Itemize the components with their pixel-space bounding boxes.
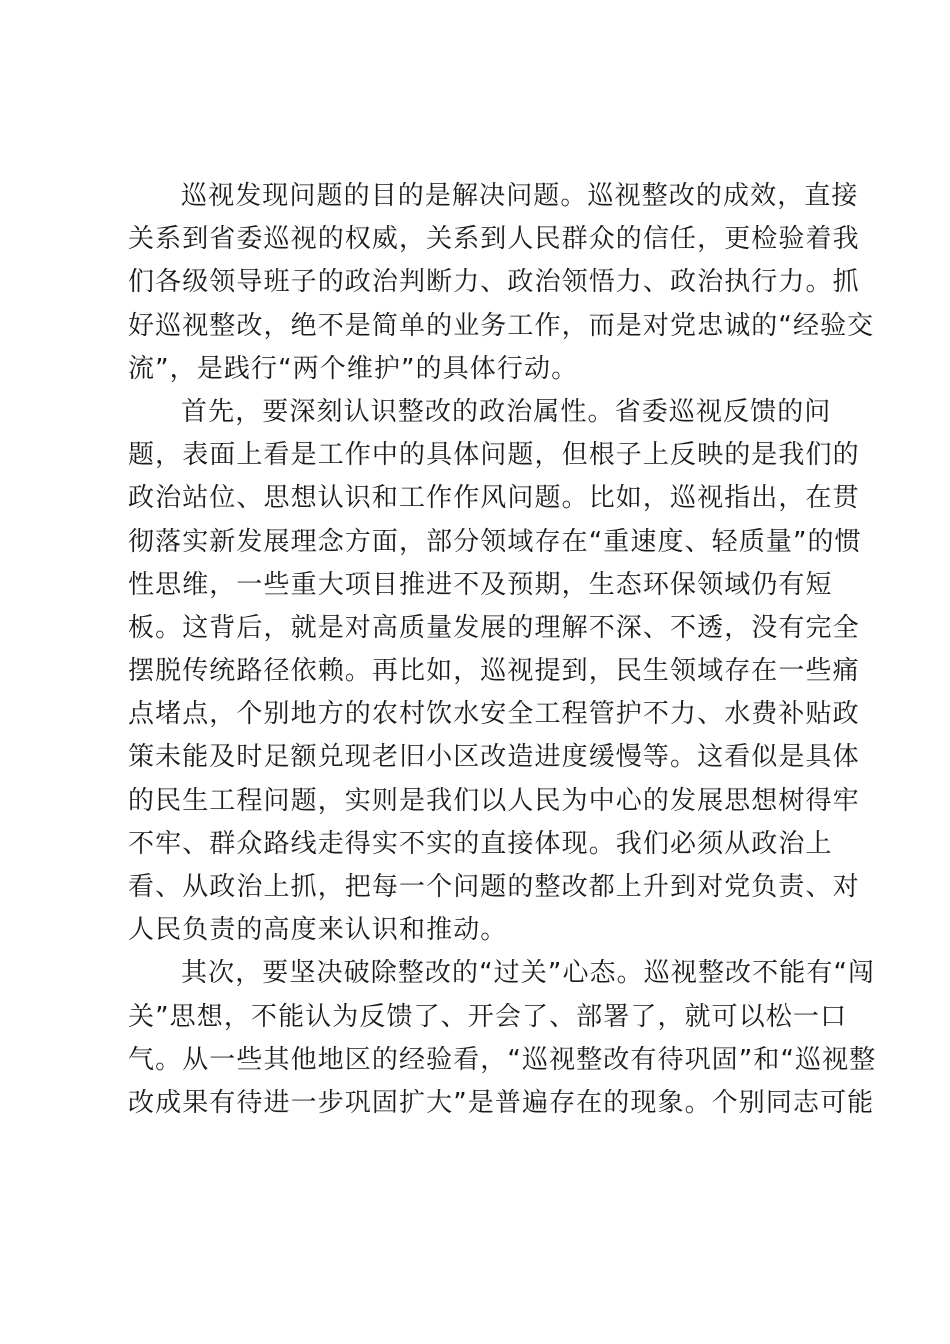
text-line: 板。这背后，就是对高质量发展的理解不深、不透，没有完全 xyxy=(128,607,828,650)
text-line: 题，表面上看是工作中的具体问题，但根子上反映的是我们的 xyxy=(128,434,828,477)
document-body: 巡视发现问题的目的是解决问题。巡视整改的成效，直接 关系到省委巡视的权威，关系到… xyxy=(128,175,828,1125)
text-line: 好巡视整改，绝不是简单的业务工作，而是对党忠诚的“经验交 xyxy=(128,305,828,348)
text-line: 点堵点，个别地方的农村饮水安全工程管护不力、水费补贴政 xyxy=(128,693,828,736)
text-line: 改成果有待进一步巩固扩大”是普遍存在的现象。个别同志可能 xyxy=(128,1082,828,1125)
text-line: 关”思想，不能认为反馈了、开会了、部署了，就可以松一口 xyxy=(128,996,828,1039)
text-line: 流”，是践行“两个维护”的具体行动。 xyxy=(128,348,828,391)
text-line: 看、从政治上抓，把每一个问题的整改都上升到对党负责、对 xyxy=(128,866,828,909)
text-line: 性思维，一些重大项目推进不及预期，生态环保领域仍有短 xyxy=(128,564,828,607)
document-page: 巡视发现问题的目的是解决问题。巡视整改的成效，直接 关系到省委巡视的权威，关系到… xyxy=(0,0,950,1344)
text-line: 首先，要深刻认识整改的政治属性。省委巡视反馈的问 xyxy=(128,391,828,434)
text-line: 的民生工程问题，实则是我们以人民为中心的发展思想树得牢 xyxy=(128,780,828,823)
text-line: 人民负责的高度来认识和推动。 xyxy=(128,909,828,952)
text-line: 彻落实新发展理念方面，部分领域存在“重速度、轻质量”的惯 xyxy=(128,521,828,564)
paragraph-2: 首先，要深刻认识整改的政治属性。省委巡视反馈的问 题，表面上看是工作中的具体问题… xyxy=(128,391,828,952)
paragraph-3: 其次，要坚决破除整改的“过关”心态。巡视整改不能有“闯 关”思想，不能认为反馈了… xyxy=(128,952,828,1125)
text-line: 巡视发现问题的目的是解决问题。巡视整改的成效，直接 xyxy=(128,175,828,218)
text-line: 策未能及时足额兑现老旧小区改造进度缓慢等。这看似是具体 xyxy=(128,736,828,779)
text-line: 其次，要坚决破除整改的“过关”心态。巡视整改不能有“闯 xyxy=(128,952,828,995)
text-line: 气。从一些其他地区的经验看，“巡视整改有待巩固”和“巡视整 xyxy=(128,1039,828,1082)
text-line: 政治站位、思想认识和工作作风问题。比如，巡视指出，在贯 xyxy=(128,477,828,520)
paragraph-1: 巡视发现问题的目的是解决问题。巡视整改的成效，直接 关系到省委巡视的权威，关系到… xyxy=(128,175,828,391)
text-line: 摆脱传统路径依赖。再比如，巡视提到，民生领域存在一些痛 xyxy=(128,650,828,693)
text-line: 不牢、群众路线走得实不实的直接体现。我们必须从政治上 xyxy=(128,823,828,866)
text-line: 关系到省委巡视的权威，关系到人民群众的信任，更检验着我 xyxy=(128,218,828,261)
text-line: 们各级领导班子的政治判断力、政治领悟力、政治执行力。抓 xyxy=(128,261,828,304)
